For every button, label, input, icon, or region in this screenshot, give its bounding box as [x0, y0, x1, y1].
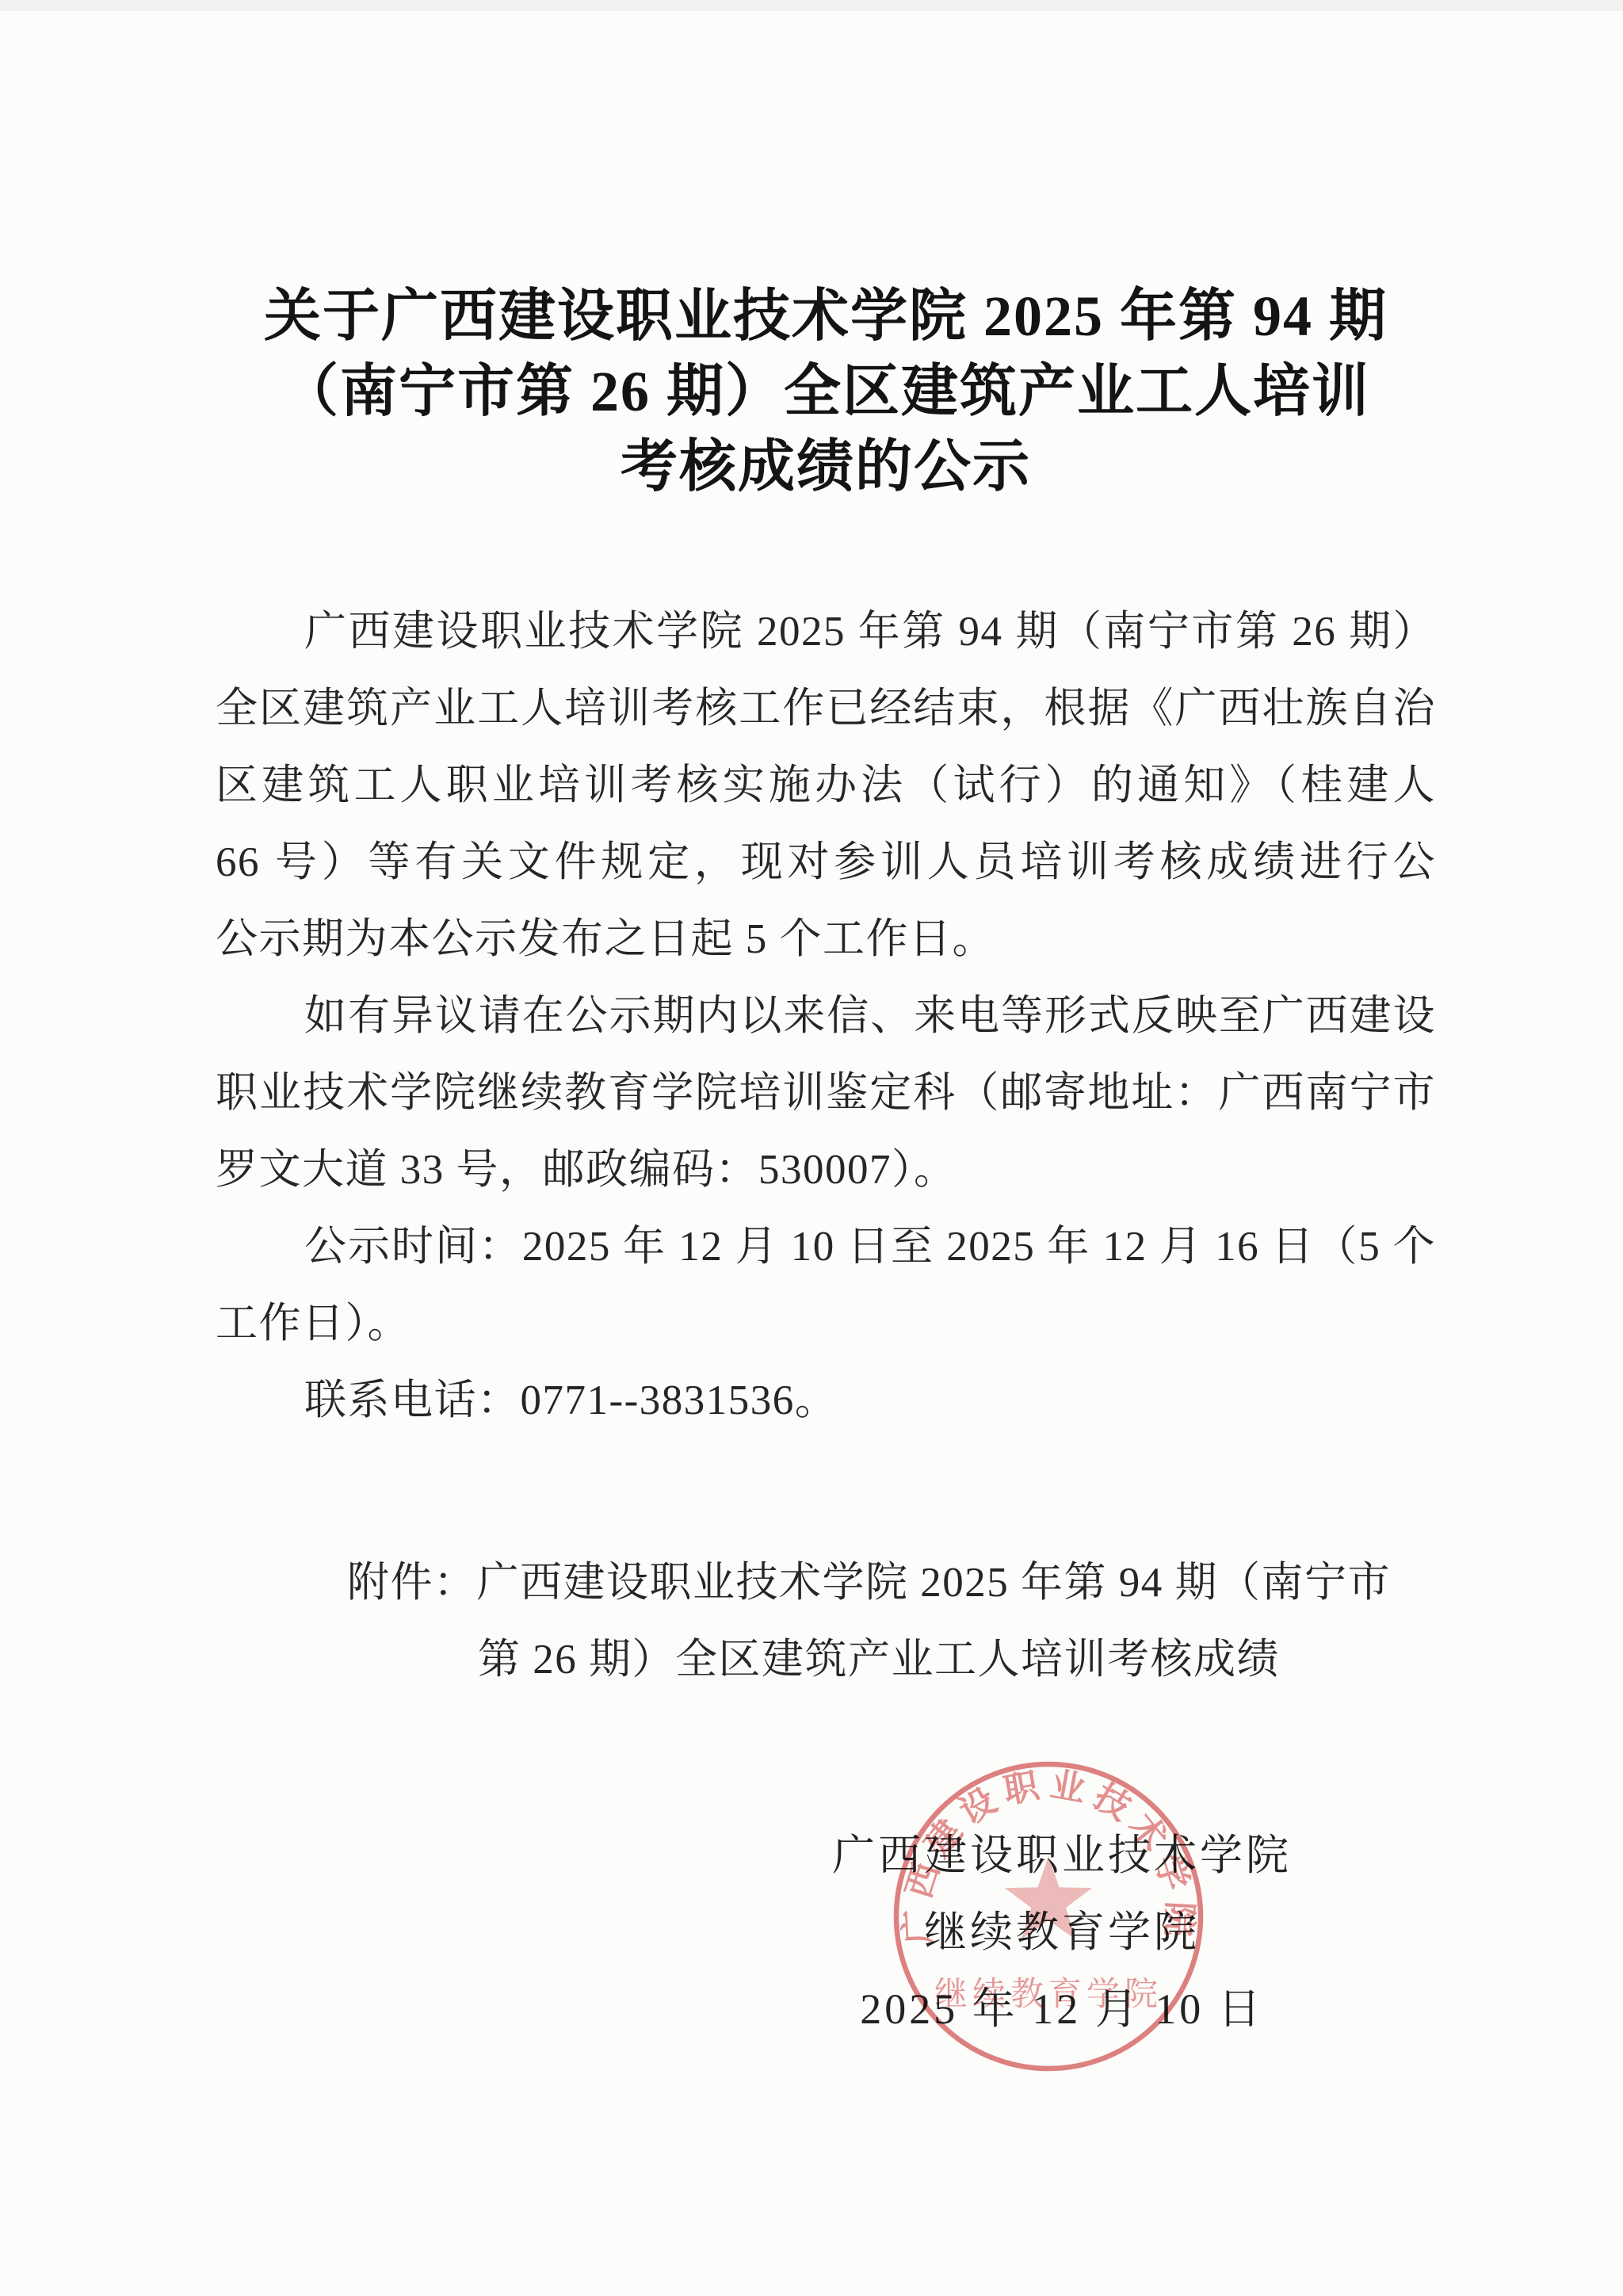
body-line: 公示期为本公示发布之日起 5 个工作日。 [216, 901, 1436, 978]
document-page: 关于广西建设职业技术学院 2025 年第 94 期 （南宁市第 26 期）全区建… [0, 0, 1623, 2296]
body-line: 区建筑工人职业培训考核实施办法（试行）的通知》（桂建人〔2015〕 [216, 747, 1436, 824]
title-line-2: （南宁市第 26 期）全区建筑产业工人培训 [216, 354, 1436, 430]
paragraph-1: 广西建设职业技术学院 2025 年第 94 期（南宁市第 26 期） 全区建筑产… [216, 594, 1436, 978]
body-line: 工作日）。 [216, 1286, 1436, 1362]
signature-org-line-1: 广西建设职业技术学院 [785, 1817, 1339, 1894]
body-line: 职业技术学院继续教育学院培训鉴定科（邮寄地址：广西南宁市 [216, 1055, 1436, 1132]
document-body: 广西建设职业技术学院 2025 年第 94 期（南宁市第 26 期） 全区建筑产… [216, 594, 1436, 1439]
paragraph-4: 联系电话：0771--3831536。 [216, 1362, 1436, 1439]
signature-block: 广西建设职业技术学院 继续教育学院 2025 年 12 月 10 日 [785, 1817, 1339, 2048]
paragraph-3: 公示时间：2025 年 12 月 10 日至 2025 年 12 月 16 日（… [216, 1209, 1436, 1362]
body-line: 66 号）等有关文件规定，现对参训人员培训考核成绩进行公示， [216, 824, 1436, 901]
contact-phone-line: 联系电话：0771--3831536。 [216, 1362, 1436, 1439]
body-line: 公示时间：2025 年 12 月 10 日至 2025 年 12 月 16 日（… [216, 1209, 1436, 1286]
attachment-line-1: 附件：广西建设职业技术学院 2025 年第 94 期（南宁市 [347, 1545, 1436, 1622]
body-line: 罗文大道 33 号，邮政编码：530007）。 [216, 1132, 1436, 1209]
signature-org-line-2: 继续教育学院 [785, 1894, 1339, 1971]
scan-artifact-band [0, 0, 1623, 11]
title-line-1: 关于广西建设职业技术学院 2025 年第 94 期 [216, 279, 1436, 354]
body-line: 如有异议请在公示期内以来信、来电等形式反映至广西建设 [216, 978, 1436, 1055]
attachment-line-2: 第 26 期）全区建筑产业工人培训考核成绩 [478, 1622, 1436, 1698]
body-line: 广西建设职业技术学院 2025 年第 94 期（南宁市第 26 期） [216, 594, 1436, 670]
attachment-note: 附件：广西建设职业技术学院 2025 年第 94 期（南宁市 第 26 期）全区… [216, 1545, 1436, 1698]
body-line: 全区建筑产业工人培训考核工作已经结束，根据《广西壮族自治 [216, 670, 1436, 747]
paragraph-2: 如有异议请在公示期内以来信、来电等形式反映至广西建设 职业技术学院继续教育学院培… [216, 978, 1436, 1209]
signature-date: 2025 年 12 月 10 日 [785, 1971, 1339, 2048]
document-title: 关于广西建设职业技术学院 2025 年第 94 期 （南宁市第 26 期）全区建… [216, 0, 1436, 505]
title-line-3: 考核成绩的公示 [216, 430, 1436, 505]
